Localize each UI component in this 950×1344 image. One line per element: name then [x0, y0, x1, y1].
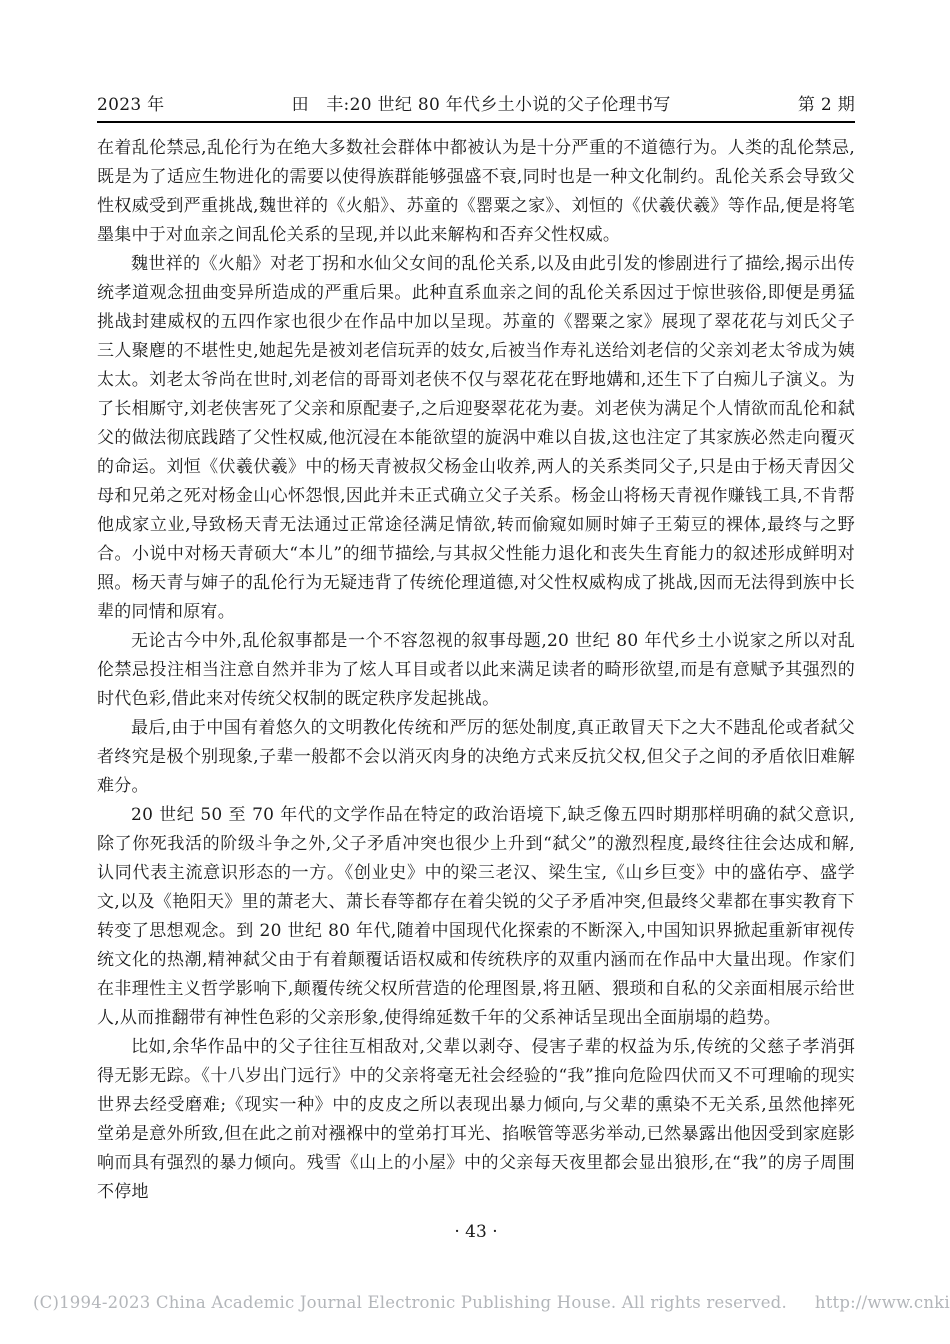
header-issue: 第 2 期 — [798, 90, 855, 115]
header-year: 2023 年 — [97, 90, 164, 115]
paragraph: 最后,由于中国有着悠久的文明教化传统和严厉的惩处制度,真正敢冒天下之大不韪乱伦或… — [97, 714, 855, 801]
page-header: 2023 年 田 丰:20 世纪 80 年代乡土小说的父子伦理书写 第 2 期 — [97, 90, 855, 115]
paragraph: 20 世纪 50 至 70 年代的文学作品在特定的政治语境下,缺乏像五四时期那样… — [97, 801, 855, 1033]
journal-page: 2023 年 田 丰:20 世纪 80 年代乡土小说的父子伦理书写 第 2 期 … — [0, 0, 950, 1344]
paragraph: 无论古今中外,乱伦叙事都是一个不容忽视的叙事母题,20 世纪 80 年代乡土小说… — [97, 627, 855, 714]
header-rule — [97, 121, 855, 123]
footer-url: http://www.cnki.net — [815, 1293, 950, 1312]
paragraph: 魏世祥的《火船》对老丁拐和水仙父女间的乱伦关系,以及由此引发的惨剧进行了描绘,揭… — [97, 250, 855, 627]
page-number: · 43 · — [97, 1222, 855, 1242]
paragraph: 在着乱伦禁忌,乱伦行为在绝大多数社会群体中都被认为是十分严重的不道德行为。人类的… — [97, 134, 855, 250]
page-footer: (C)1994-2023 China Academic Journal Elec… — [33, 1293, 950, 1312]
footer-copyright: (C)1994-2023 China Academic Journal Elec… — [33, 1293, 787, 1312]
article-body: 在着乱伦禁忌,乱伦行为在绝大多数社会群体中都被认为是十分严重的不道德行为。人类的… — [97, 134, 855, 1207]
header-running-title: 田 丰:20 世纪 80 年代乡土小说的父子伦理书写 — [164, 90, 797, 115]
paragraph: 比如,余华作品中的父子往往互相敌对,父辈以剥夺、侵害子辈的权益为乐,传统的父慈子… — [97, 1033, 855, 1207]
